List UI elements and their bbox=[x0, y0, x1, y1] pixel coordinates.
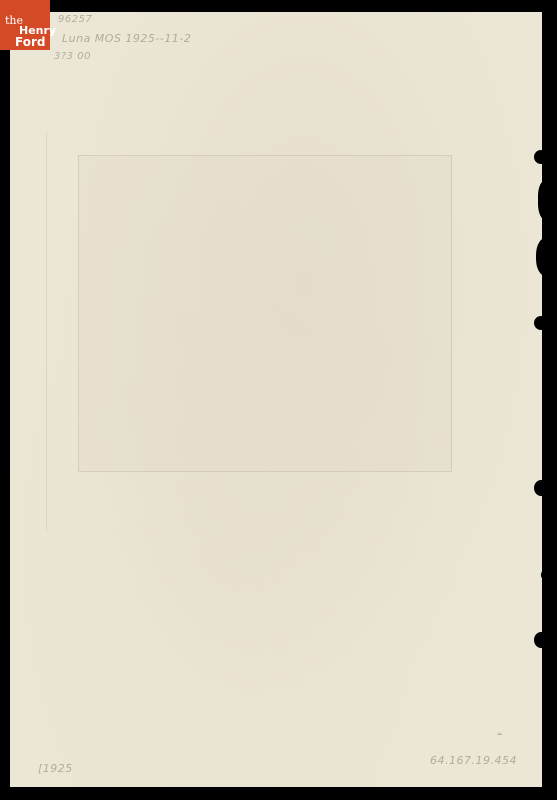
torn-edge bbox=[538, 180, 557, 220]
binding-hole bbox=[534, 316, 548, 330]
torn-edge bbox=[541, 568, 557, 582]
plate-mark bbox=[78, 155, 452, 472]
pencil-note-code: 3?3 00 bbox=[54, 51, 91, 62]
torn-edge bbox=[536, 238, 557, 276]
pencil-mark: ꜡ bbox=[500, 722, 501, 739]
binding-hole bbox=[534, 632, 548, 648]
pencil-note-title-date: Luna MOS 1925--11-2 bbox=[62, 32, 191, 45]
logo-ford: Ford bbox=[15, 36, 45, 48]
pencil-date-note: [1925 bbox=[38, 762, 73, 775]
paper-sheet: 96257 Luna MOS 1925--11-2 3?3 00 ꜡ 64.16… bbox=[10, 12, 542, 787]
binding-hole bbox=[534, 480, 548, 496]
fold-line bbox=[46, 132, 47, 532]
pencil-accession-number: 64.167.19.454 bbox=[430, 754, 517, 767]
henry-ford-logo: the Henry Ford bbox=[0, 0, 50, 50]
binding-hole bbox=[534, 150, 548, 164]
pencil-note-id: 96257 bbox=[58, 14, 92, 25]
